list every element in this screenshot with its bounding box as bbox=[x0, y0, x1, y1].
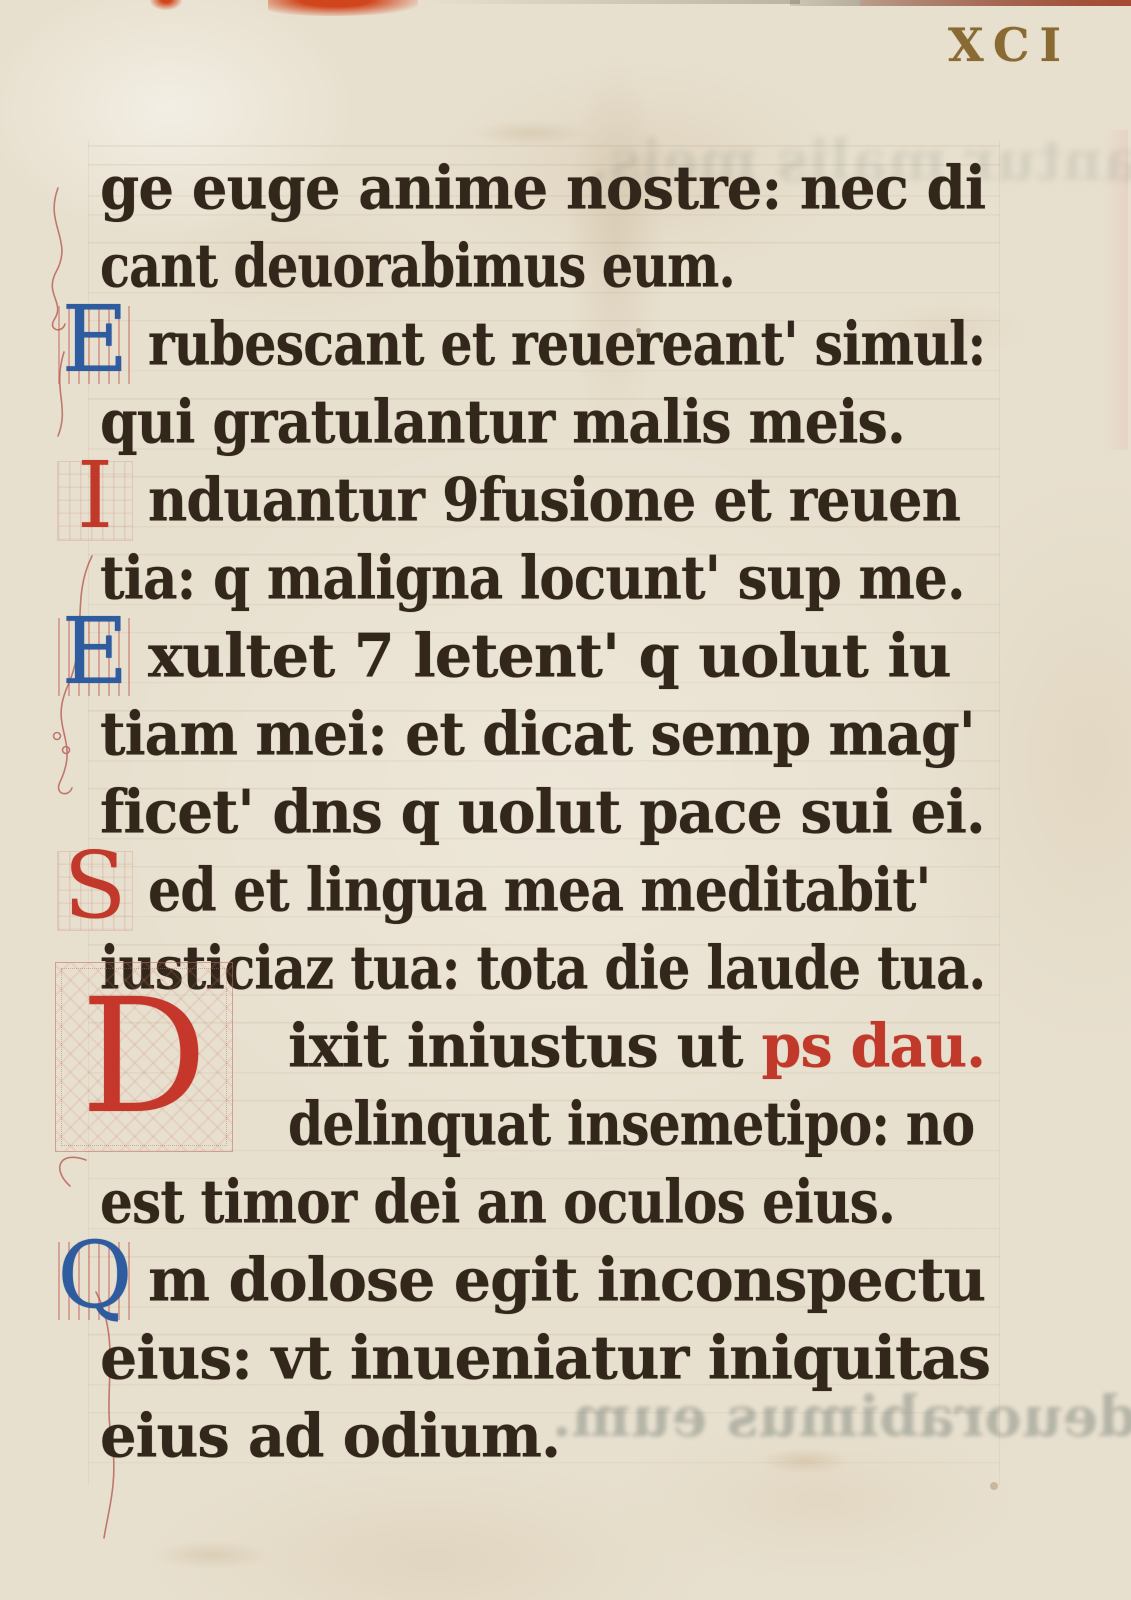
text-line-8: tiam mei: et dicat semp mag' bbox=[100, 696, 1001, 774]
text-line-3: Erubescant et reuereant' simul: bbox=[148, 306, 1090, 384]
text-line-13: delinquat insemetipo: no bbox=[288, 1086, 1064, 1164]
body-text: ge euge anime nostre: nec di bbox=[100, 153, 985, 223]
body-text: eius: vt inueniatur iniquitas bbox=[100, 1323, 990, 1393]
page-top-edge-shadow-left bbox=[420, 0, 800, 4]
line-text: ge euge anime nostre: nec di bbox=[100, 148, 985, 230]
body-text: tia: q maligna locunt' sup me. bbox=[100, 543, 965, 613]
line-text: delinquat insemetipo: no bbox=[288, 1084, 974, 1166]
line-text: nduantur 9fusione et reuen bbox=[148, 460, 960, 542]
text-line-5: Induantur 9fusione et reuen bbox=[148, 462, 1004, 540]
rubric-text: ps dau. bbox=[761, 1011, 985, 1081]
text-line-11: iusticiaz tua: tota die laude tua. bbox=[100, 930, 1086, 1008]
line-text: cant deuorabimus eum. bbox=[100, 226, 735, 308]
manuscript-page: { "page": { "folio_number": "XCI" }, "co… bbox=[0, 0, 1131, 1600]
line-text: rubescant et reuereant' simul: bbox=[148, 304, 985, 386]
line-text: ixit iniustus ut ps dau. bbox=[288, 1006, 985, 1088]
decorated-initial-D: D bbox=[55, 962, 233, 1152]
text-line-12: Dixit iniustus ut ps dau. bbox=[288, 1008, 983, 1086]
body-text: ed et lingua mea meditabit' bbox=[148, 855, 930, 925]
text-line-2: cant deuorabimus eum. bbox=[100, 228, 834, 306]
text-line-4: qui gratulantur malis meis. bbox=[100, 384, 951, 462]
versal-initial-S: S bbox=[56, 836, 134, 936]
body-text: est timor dei an oculos eius. bbox=[100, 1167, 895, 1237]
folio-number: XCI bbox=[948, 18, 1071, 72]
versal-initial-Q: Q bbox=[56, 1226, 134, 1326]
red-edge-paint-streak bbox=[860, 0, 1131, 6]
text-line-16: eius: vt inueniatur iniquitas bbox=[100, 1320, 964, 1398]
initial-letter: D bbox=[81, 978, 208, 1136]
line-text: m dolose egit inconspectu bbox=[148, 1240, 985, 1322]
text-line-14: est timor dei an oculos eius. bbox=[100, 1164, 975, 1242]
body-text: eius ad odium. bbox=[100, 1401, 560, 1471]
body-text: ficet' dns q uolut pace sui ei. bbox=[100, 777, 985, 847]
body-text: nduantur 9fusione et reuen bbox=[148, 465, 960, 535]
line-text: eius ad odium. bbox=[100, 1396, 560, 1478]
body-text: cant deuorabimus eum. bbox=[100, 231, 735, 301]
text-line-17: eius ad odium. bbox=[100, 1398, 555, 1476]
text-line-10: Sed et lingua mea meditabit' bbox=[148, 852, 1002, 930]
line-text: ficet' dns q uolut pace sui ei. bbox=[100, 772, 985, 854]
versal-initial-E: E bbox=[56, 290, 134, 390]
text-block: ge euge anime nostre: nec dicant deuorab… bbox=[0, 0, 1131, 1600]
line-text: xultet 7 letent' q uolut iu bbox=[148, 616, 951, 698]
body-text: tiam mei: et dicat semp mag' bbox=[100, 699, 975, 769]
line-text: ed et lingua mea meditabit' bbox=[148, 850, 930, 932]
versal-initial-I: I bbox=[56, 446, 134, 546]
text-line-6: tia: q maligna locunt' sup me. bbox=[100, 540, 1025, 618]
body-text: rubescant et reuereant' simul: bbox=[148, 309, 985, 379]
body-text: delinquat insemetipo: no bbox=[288, 1089, 974, 1159]
line-text: tiam mei: et dicat semp mag' bbox=[100, 694, 975, 776]
line-text: qui gratulantur malis meis. bbox=[100, 382, 905, 464]
text-line-15: Qm dolose egit inconspectu bbox=[148, 1242, 961, 1320]
body-text: m dolose egit inconspectu bbox=[148, 1245, 985, 1315]
red-edge-paint-mark bbox=[150, 0, 182, 10]
body-text: ixit iniustus ut bbox=[288, 1011, 761, 1081]
line-text: est timor dei an oculos eius. bbox=[100, 1162, 895, 1244]
text-line-9: ficet' dns q uolut pace sui ei. bbox=[100, 774, 992, 852]
line-text: tia: q maligna locunt' sup me. bbox=[100, 538, 965, 620]
body-text: xultet 7 letent' q uolut iu bbox=[148, 621, 951, 691]
text-line-7: Exultet 7 letent' q uolut iu bbox=[148, 618, 923, 696]
line-text: eius: vt inueniatur iniquitas bbox=[100, 1318, 990, 1400]
text-line-1: ge euge anime nostre: nec di bbox=[100, 150, 997, 228]
versal-initial-E: E bbox=[56, 602, 134, 702]
body-text: qui gratulantur malis meis. bbox=[100, 387, 905, 457]
